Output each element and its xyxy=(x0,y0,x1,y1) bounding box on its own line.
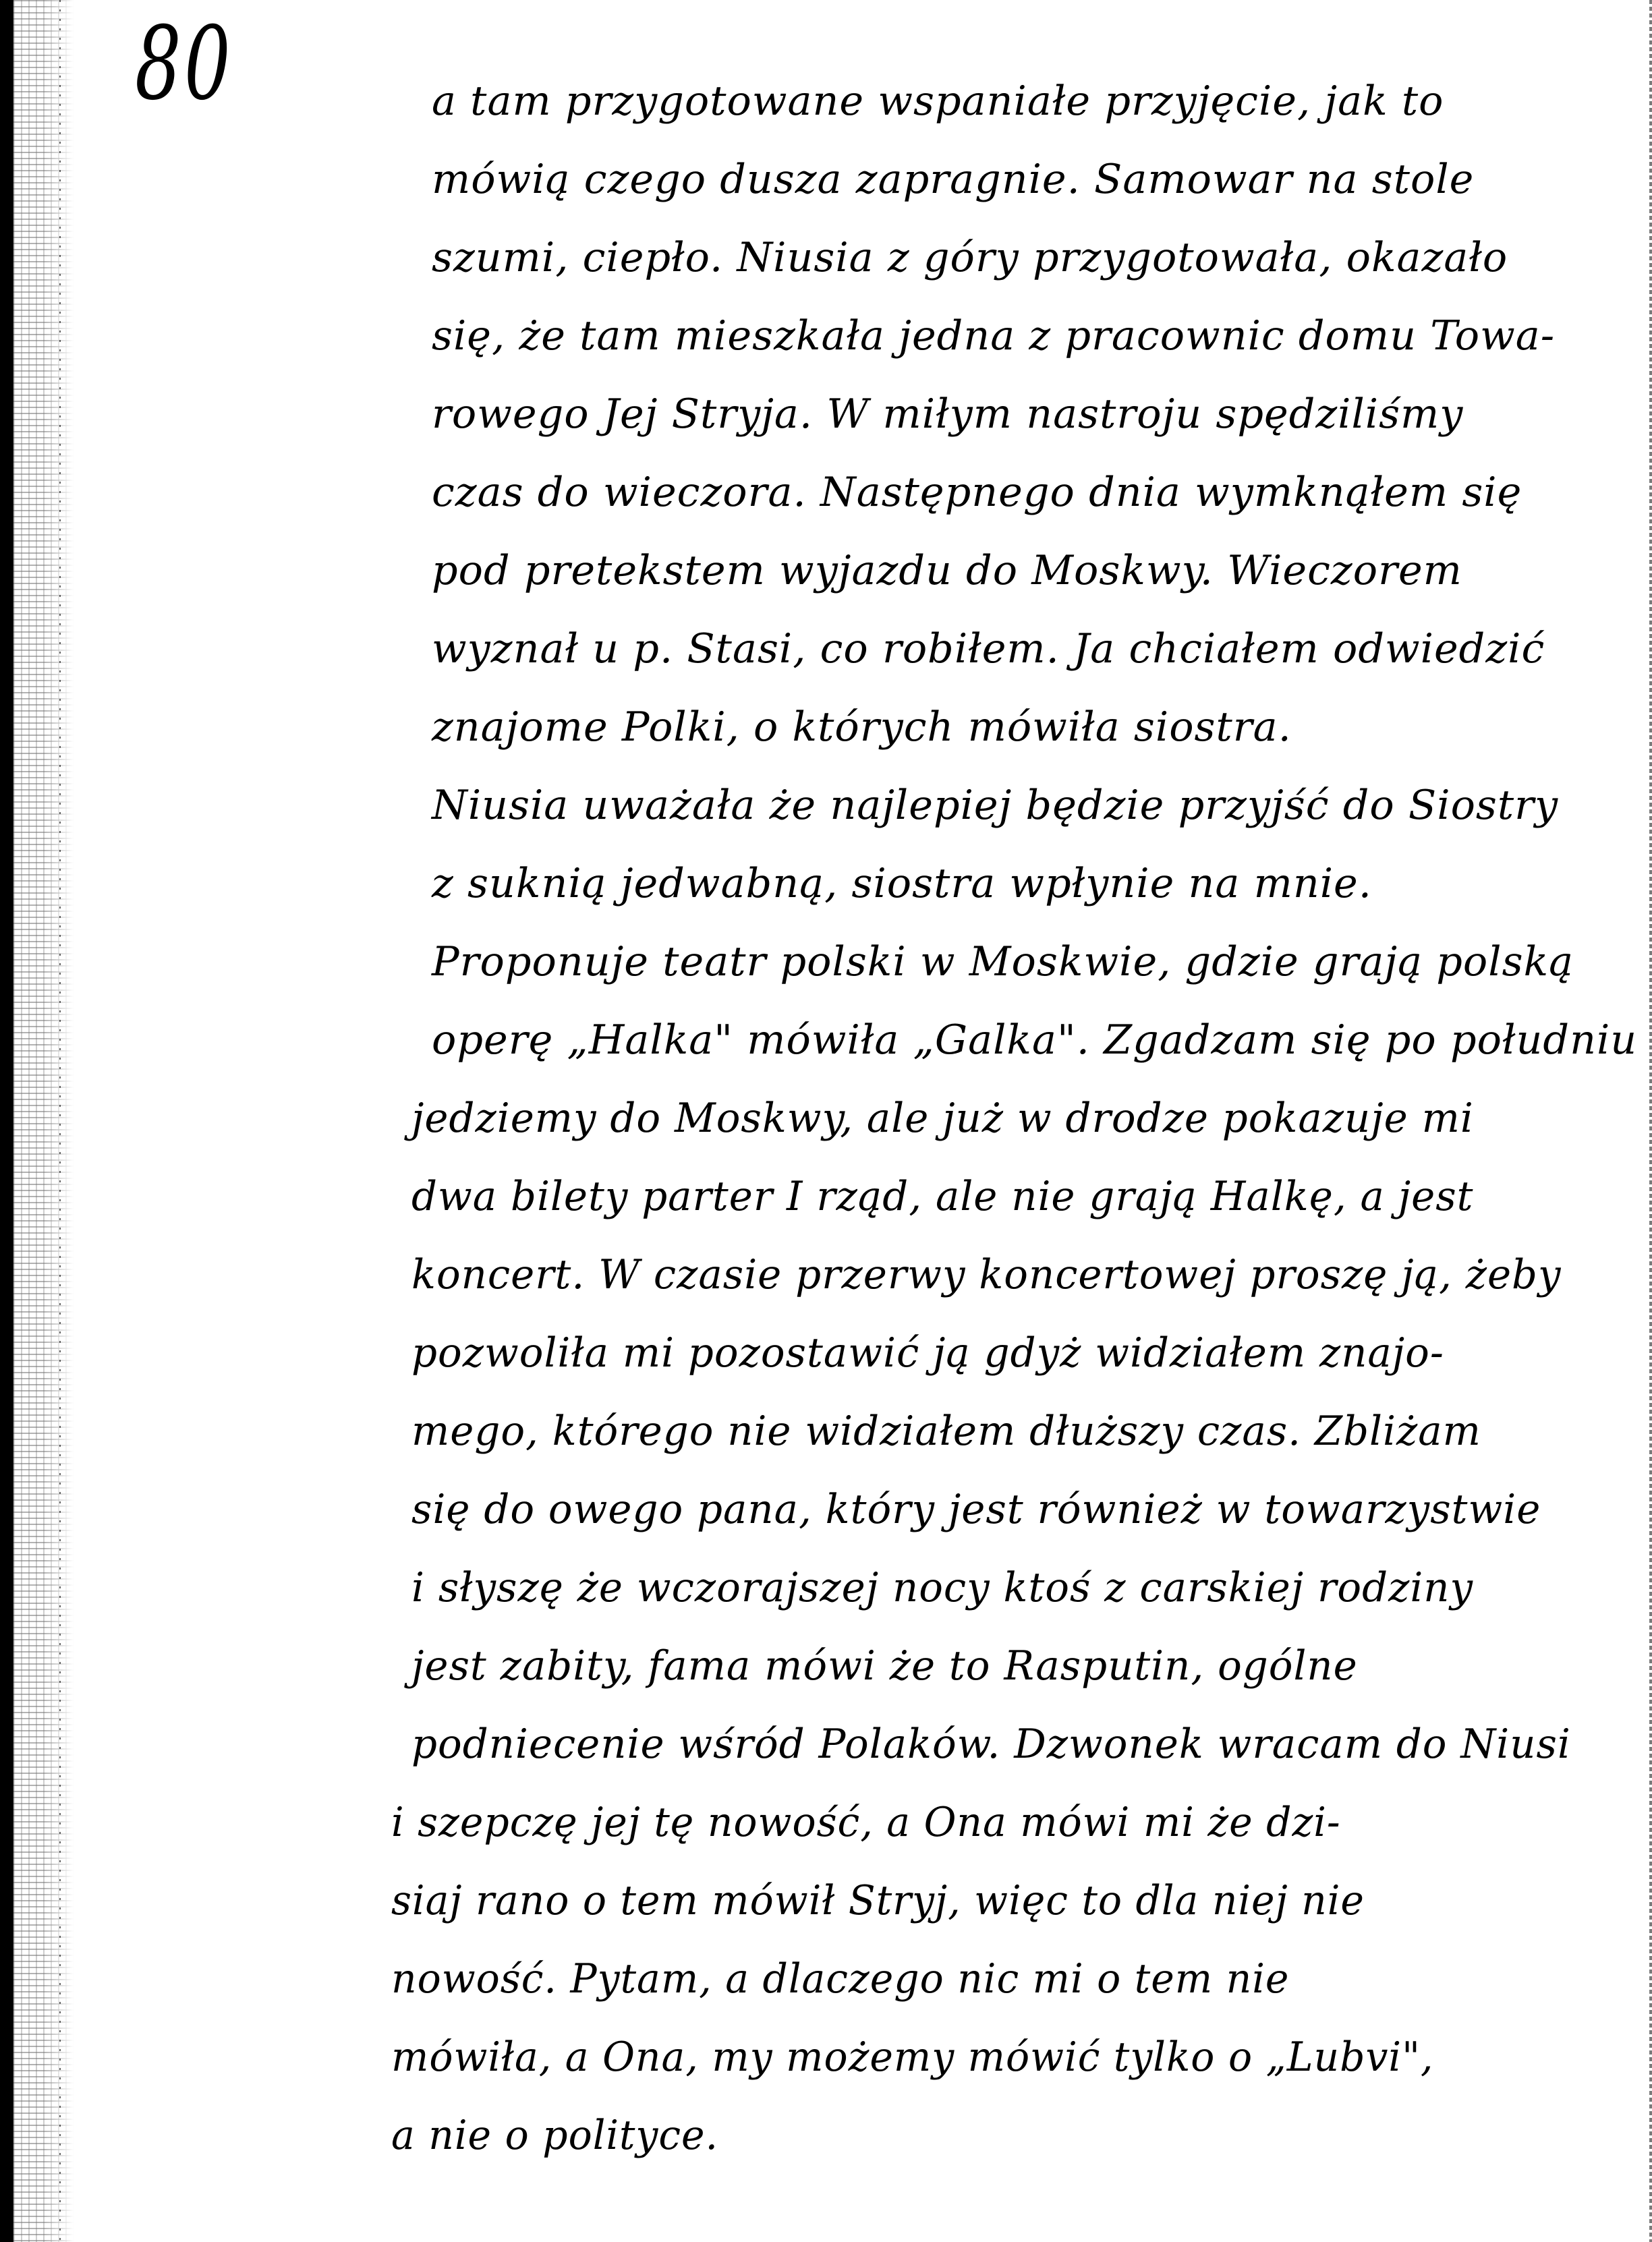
page-number: 80 xyxy=(135,13,233,115)
manuscript-line: jest zabity, fama mówi że to Rasputin, o… xyxy=(411,1627,1626,1705)
manuscript-line: mówiła, a Ona, my możemy mówić tylko o „… xyxy=(391,2018,1605,2096)
scanned-page: 80 a tam przygotowane wspaniałe przyjęci… xyxy=(0,0,1652,2242)
manuscript-line: Niusia uważała że najlepiej będzie przyj… xyxy=(432,766,1647,844)
manuscript-line: mówią czego dusza zapragnie. Samowar na … xyxy=(432,140,1647,219)
gutter-dotted-line xyxy=(59,0,61,2242)
manuscript-line: czas do wieczora. Następnego dnia wymkną… xyxy=(432,453,1647,531)
manuscript-line: się, że tam mieszkała jedna z pracownic … xyxy=(432,297,1647,375)
manuscript-line: się do owego pana, który jest również w … xyxy=(411,1470,1626,1549)
manuscript-line: mego, którego nie widziałem dłuższy czas… xyxy=(411,1392,1626,1470)
manuscript-line: wyznał u p. Stasi, co robiłem. Ja chciał… xyxy=(432,610,1647,688)
manuscript-line: i szepczę jej tę nowość, a Ona mówi mi ż… xyxy=(391,1783,1605,1862)
manuscript-line: z suknią jedwabną, siostra wpłynie na mn… xyxy=(432,844,1647,923)
manuscript-line: podniecenie wśród Polaków. Dzwonek wraca… xyxy=(411,1705,1626,1783)
manuscript-line: pozwoliła mi pozostawić ją gdyż widziałe… xyxy=(411,1314,1626,1392)
manuscript-line: nowość. Pytam, a dlaczego nic mi o tem n… xyxy=(391,1940,1605,2018)
manuscript-line: rowego Jej Stryja. W miłym nastroju spęd… xyxy=(432,375,1647,453)
manuscript-line: jedziemy do Moskwy, ale już w drodze pok… xyxy=(411,1079,1626,1157)
manuscript-line: znajome Polki, o których mówiła siostra. xyxy=(432,688,1647,766)
manuscript-line: pod pretekstem wyjazdu do Moskwy. Wieczo… xyxy=(432,531,1647,610)
manuscript-text: a tam przygotowane wspaniałe przyjęcie, … xyxy=(432,62,1639,2175)
manuscript-line: szumi, ciepło. Niusia z góry przygotował… xyxy=(432,219,1647,297)
manuscript-line: operę „Halka" mówiła „Galka". Zgadzam si… xyxy=(432,1001,1647,1079)
manuscript-line: dwa bilety parter I rząd, ale nie grają … xyxy=(411,1157,1626,1236)
manuscript-line: Proponuje teatr polski w Moskwie, gdzie … xyxy=(432,923,1647,1001)
scan-gutter-noise xyxy=(13,0,74,2242)
manuscript-line: a tam przygotowane wspaniałe przyjęcie, … xyxy=(432,62,1647,140)
manuscript-line: i słyszę że wczorajszej nocy ktoś z cars… xyxy=(411,1549,1626,1627)
manuscript-line: siaj rano o tem mówił Stryj, więc to dla… xyxy=(391,1862,1605,1940)
manuscript-line: koncert. W czasie przerwy koncertowej pr… xyxy=(411,1236,1626,1314)
scan-binding-edge xyxy=(0,0,13,2242)
scan-right-edge xyxy=(1649,0,1652,2242)
manuscript-line: a nie o polityce. xyxy=(391,2096,1605,2175)
